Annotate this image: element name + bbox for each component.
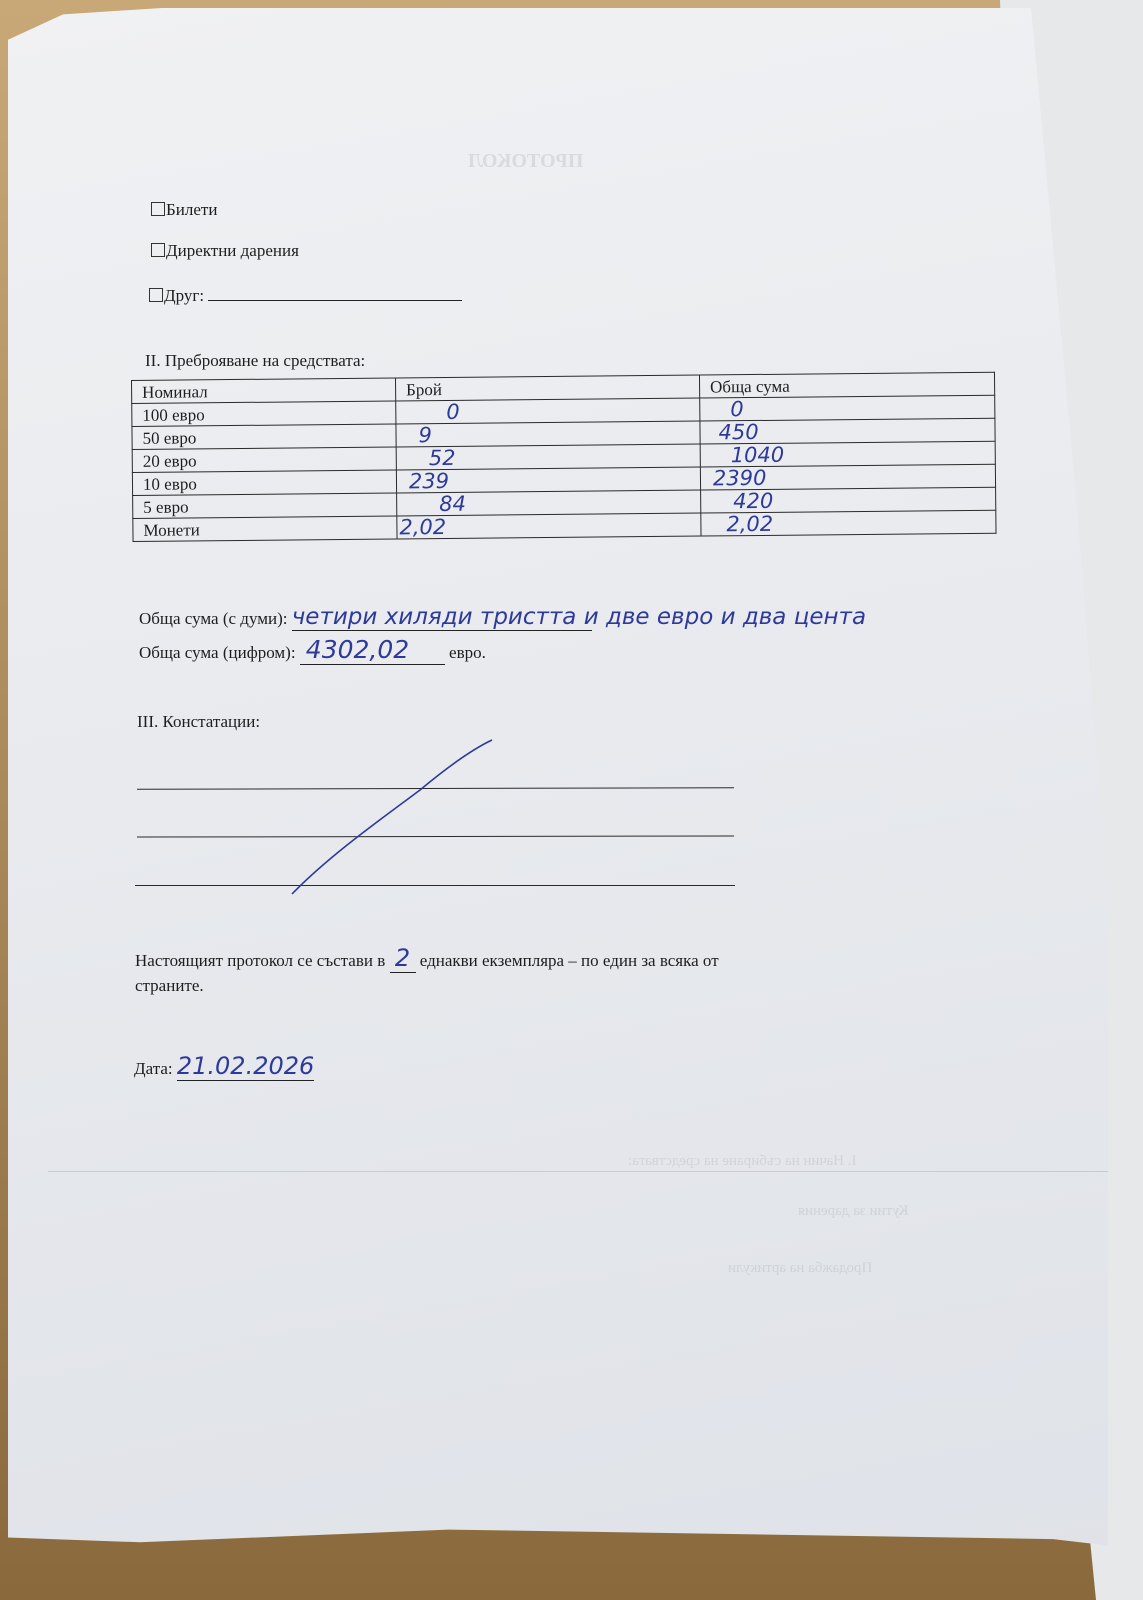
date-field[interactable]: 21.02.2026 — [177, 1052, 314, 1081]
closing-line-2: страните. — [135, 976, 204, 996]
date-row: Дата: 21.02.2026 — [134, 1052, 314, 1081]
date-label: Дата: — [134, 1059, 173, 1078]
copies-field[interactable]: 2 — [390, 944, 416, 973]
closing-text-before: Настоящият протокол се състави в — [135, 951, 385, 970]
cross-out-stroke — [0, 0, 1143, 1600]
closing-line-1: Настоящият протокол се състави в 2 еднак… — [135, 944, 719, 973]
closing-text-after: еднакви екземпляра – по един за всяка от — [420, 951, 719, 970]
